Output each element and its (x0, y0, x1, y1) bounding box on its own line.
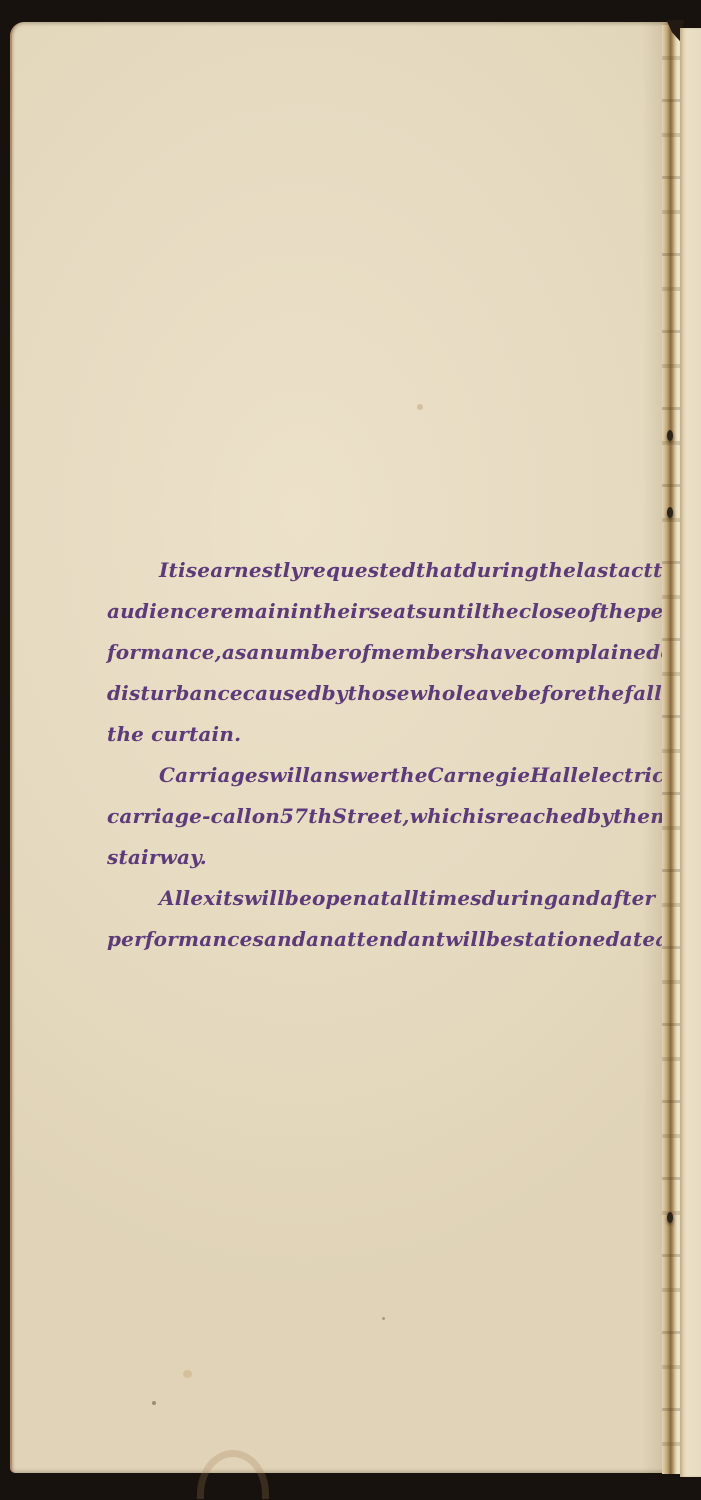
notice-line: performancesandanattendantwillbestatione… (107, 919, 620, 960)
notice-line: carriage-callon57thStreet,whichisreached… (107, 796, 620, 837)
notice-line: disturbancecausedbythosewholeavebeforeth… (107, 673, 620, 714)
next-page-edge (680, 28, 701, 1477)
notice-line: stairway. (107, 837, 620, 878)
paper-stain-arc (197, 1450, 269, 1499)
notice-line: audienceremainintheirseatsuntilthecloseo… (107, 591, 620, 632)
binding-stitch (667, 1212, 673, 1223)
notice-line: Itisearnestlyrequestedthatduringthelasta… (107, 550, 620, 591)
scan-background: Itisearnestlyrequestedthatduringthelasta… (0, 0, 701, 1500)
paper-stain (417, 404, 423, 410)
binding-stitch (667, 430, 673, 441)
notice-text-block: Itisearnestlyrequestedthatduringthelasta… (107, 550, 620, 960)
paper-stain (382, 1317, 385, 1320)
notice-line: formance,asanumberofmembershavecomplaine… (107, 632, 620, 673)
program-page: Itisearnestlyrequestedthatduringthelasta… (10, 22, 668, 1473)
notice-line: CarriageswillanswertheCarnegieHallelectr… (107, 755, 620, 796)
binding-stitch (667, 507, 673, 518)
notice-line: Allexitswillbeopenatalltimesduringandaft… (107, 878, 620, 919)
paper-stain (152, 1401, 156, 1405)
paper-stain (183, 1370, 192, 1378)
torn-page-edge (662, 22, 680, 1474)
notice-line: thecurtain. (107, 714, 620, 755)
